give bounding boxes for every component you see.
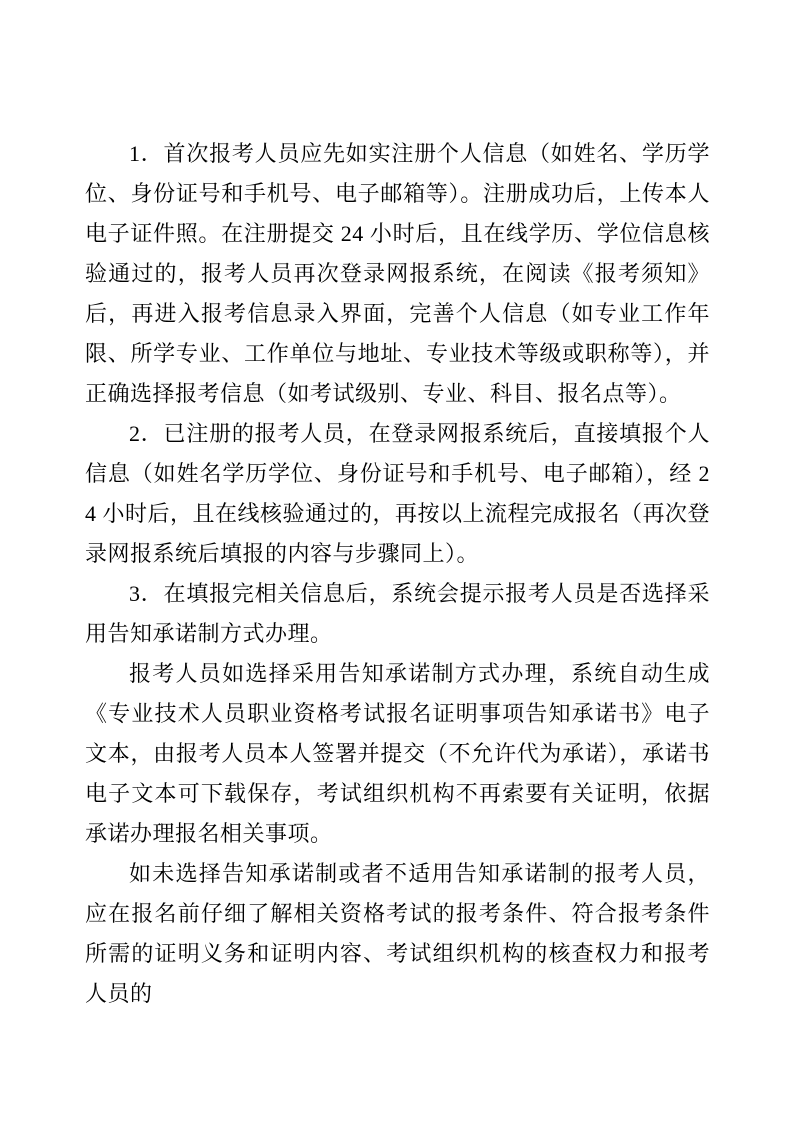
paragraph-3: 3．在填报完相关信息后，系统会提示报考人员是否选择采用告知承诺制方式办理。 [85,574,710,654]
paragraph-4: 报考人员如选择采用告知承诺制方式办理，系统自动生成《专业技术人员职业资格考试报名… [85,654,710,854]
paragraph-1: 1．首次报考人员应先如实注册个人信息（如姓名、学历学位、身份证号和手机号、电子邮… [85,134,710,414]
paragraph-5: 如未选择告知承诺制或者不适用告知承诺制的报考人员，应在报名前仔细了解相关资格考试… [85,854,710,1014]
document-page: 1．首次报考人员应先如实注册个人信息（如姓名、学历学位、身份证号和手机号、电子邮… [0,0,794,1123]
paragraph-2: 2．已注册的报考人员，在登录网报系统后，直接填报个人信息（如姓名学历学位、身份证… [85,414,710,574]
document-body: 1．首次报考人员应先如实注册个人信息（如姓名、学历学位、身份证号和手机号、电子邮… [85,134,710,1014]
